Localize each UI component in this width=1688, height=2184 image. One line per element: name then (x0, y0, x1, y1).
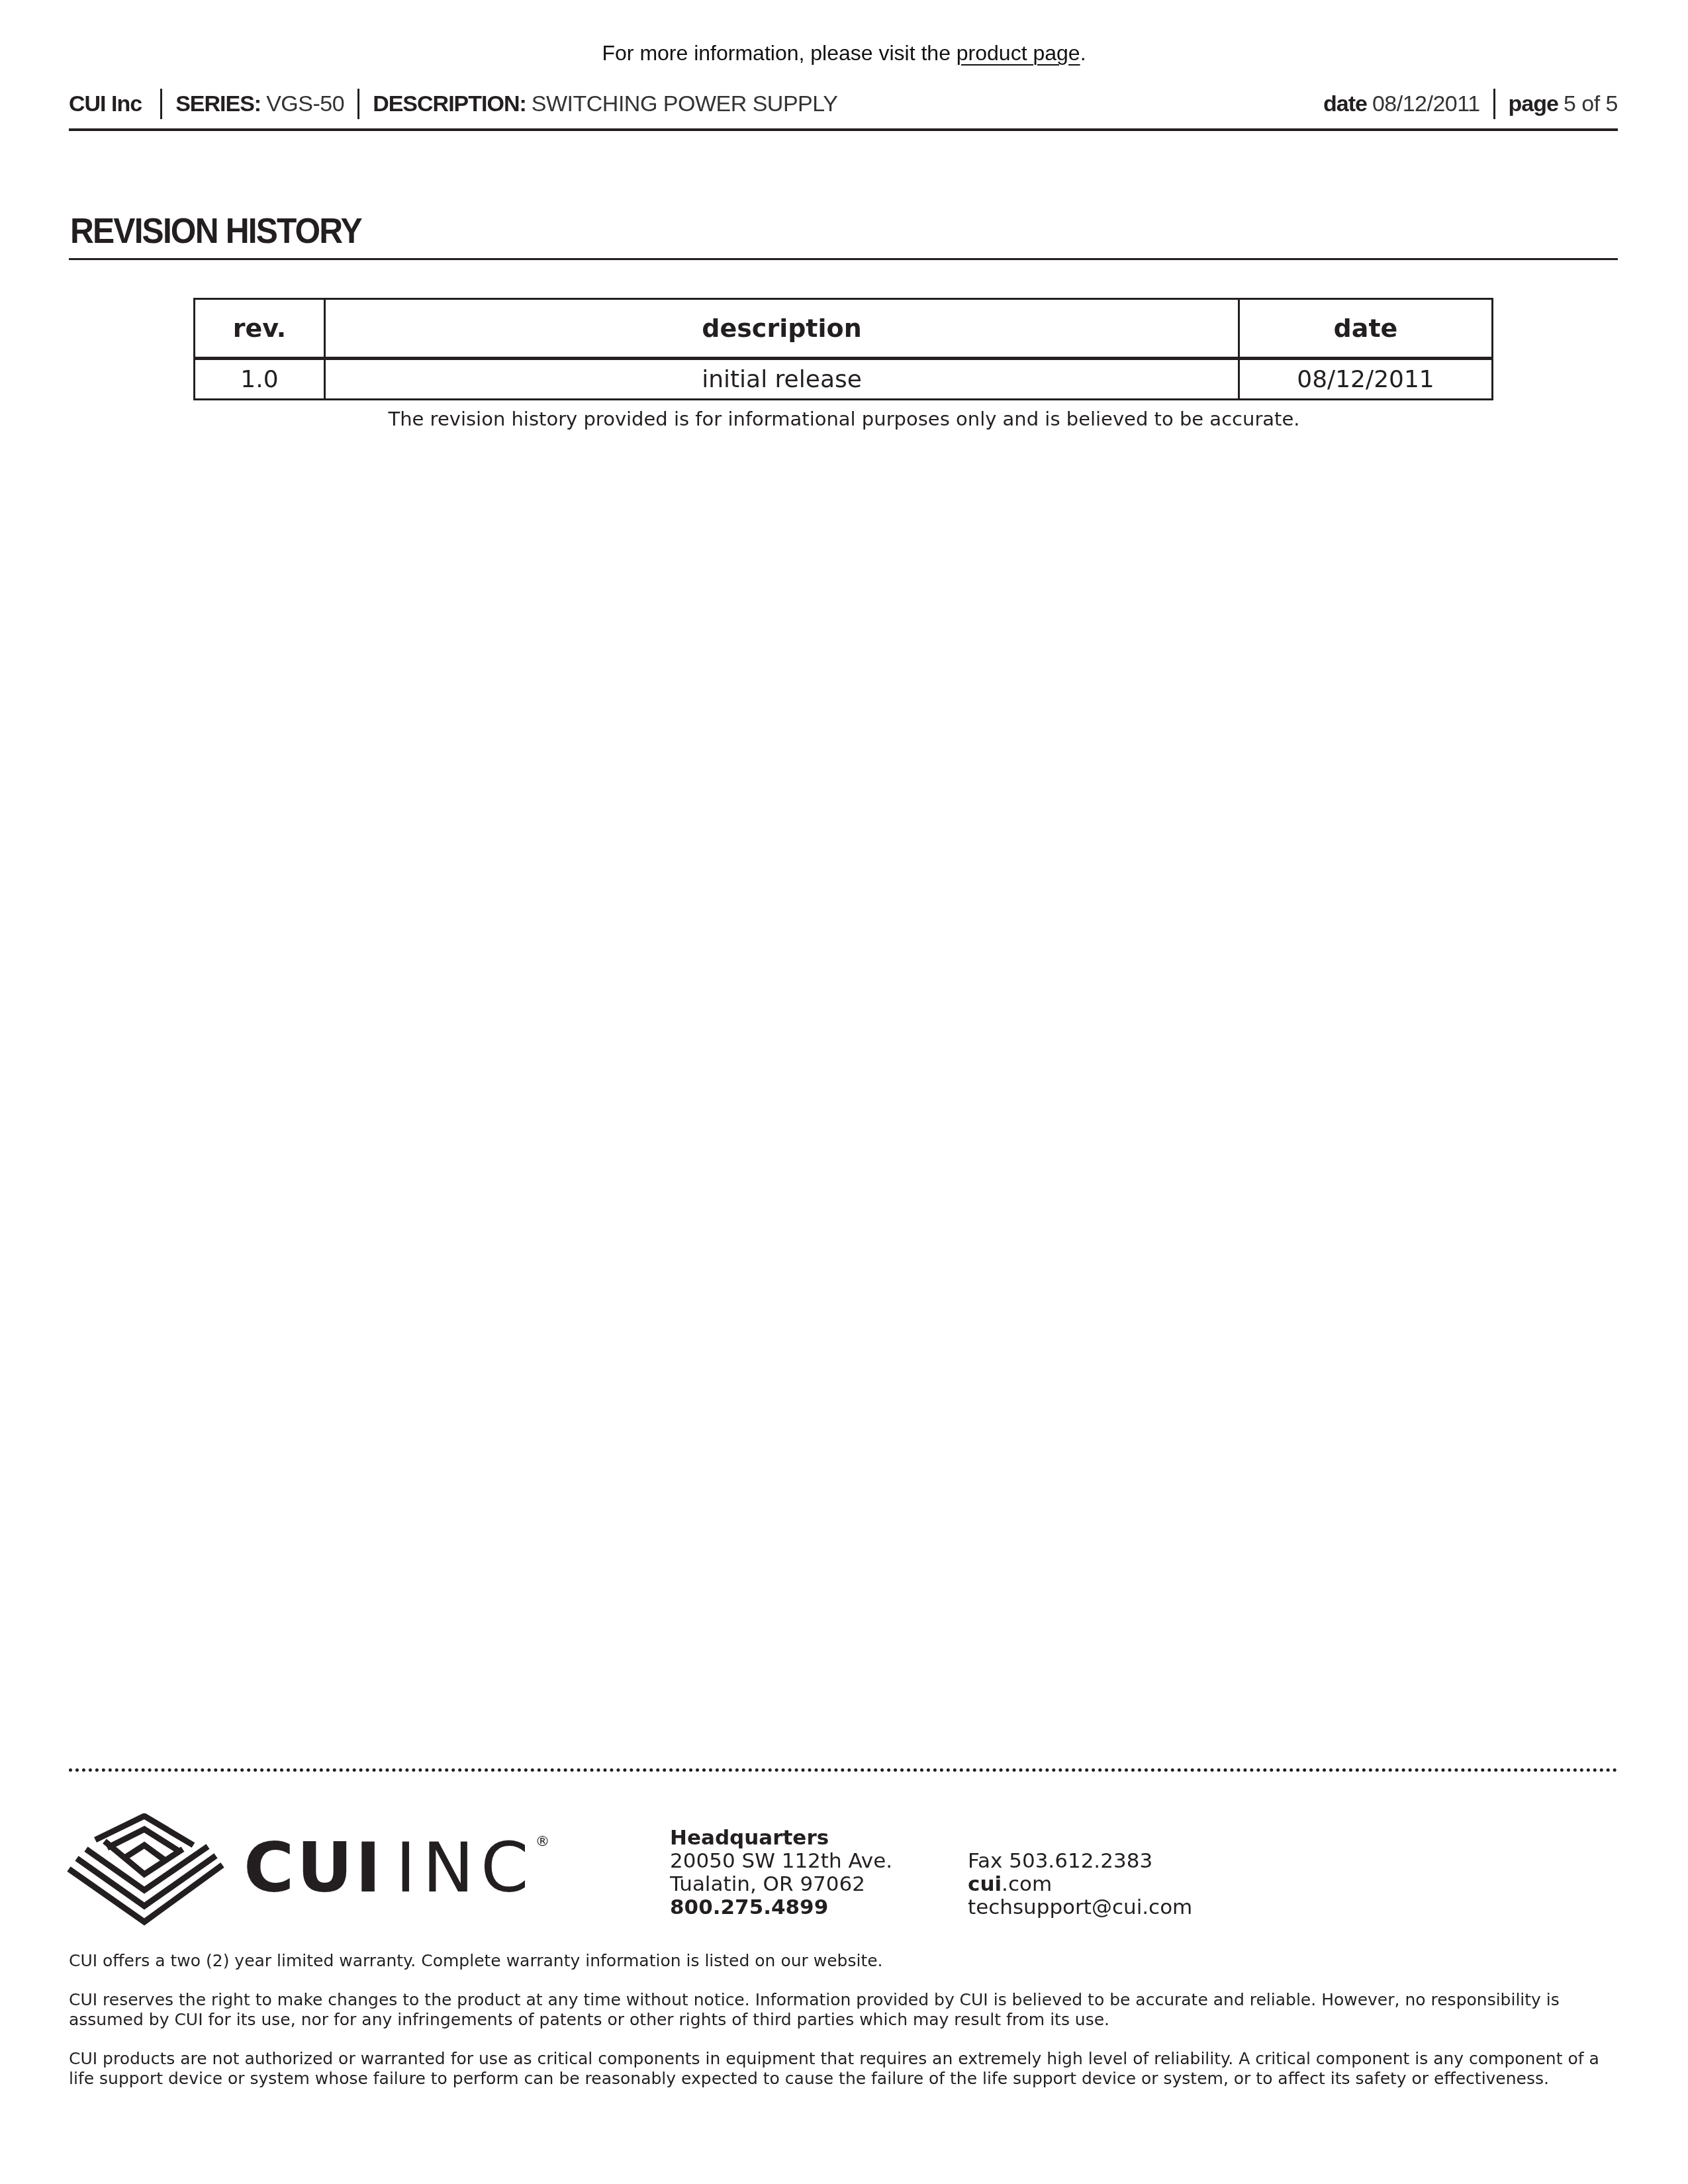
header-divider (357, 89, 359, 119)
cui-wordmark: CUIINC® (244, 1833, 553, 1902)
cell-rev: 1.0 (195, 359, 325, 400)
page-number: 5 of 5 (1564, 91, 1618, 117)
wordmark-inc: INC (395, 1827, 535, 1908)
critical-use-disclaimer: CUI products are not authorized or warra… (69, 2049, 1618, 2089)
column-header-description: description (325, 299, 1239, 359)
support-email-link[interactable]: techsupport@cui.com (968, 1896, 1192, 1919)
document-header: CUI Inc SERIES: VGS-50 DESCRIPTION: SWIT… (69, 87, 1618, 120)
product-page-link[interactable]: product page (957, 41, 1080, 65)
page-label: page (1509, 91, 1558, 117)
header-divider (1493, 89, 1495, 119)
liability-disclaimer: CUI reserves the right to make changes t… (69, 1990, 1618, 2030)
company-name: CUI Inc (69, 91, 142, 117)
revision-table: rev. description date 1.0 initial releas… (193, 298, 1493, 400)
phone-number: 800.275.4899 (670, 1895, 828, 1919)
website-rest: .com (1002, 1872, 1052, 1896)
product-info-note: For more information, please visit the p… (0, 41, 1688, 66)
date-label: date (1323, 91, 1367, 117)
revision-note: The revision history provided is for inf… (0, 408, 1688, 430)
product-info-prefix: For more information, please visit the (602, 41, 956, 65)
address-line2: Tualatin, OR 97062 (670, 1873, 892, 1896)
cui-diamond-logo-icon (66, 1813, 225, 1926)
website-bold: cui (968, 1872, 1002, 1896)
table-header-row: rev. description date (195, 299, 1493, 359)
fax-number: Fax 503.612.2383 (968, 1850, 1192, 1873)
cell-description: initial release (325, 359, 1239, 400)
column-header-date: date (1239, 299, 1493, 359)
cell-date: 08/12/2011 (1239, 359, 1493, 400)
product-info-suffix: . (1080, 41, 1086, 65)
section-title: REVISION HISTORY (70, 210, 361, 251)
contact-block: Fax 503.612.2383 cui.com techsupport@cui… (968, 1850, 1192, 1919)
description-value: SWITCHING POWER SUPPLY (532, 91, 838, 117)
wordmark-cui: CUI (244, 1827, 383, 1908)
series-value: VGS-50 (266, 91, 344, 117)
footer-divider (69, 1768, 1618, 1772)
header-rule (69, 128, 1618, 131)
headquarters-block: Headquarters 20050 SW 112th Ave. Tualati… (670, 1827, 892, 1919)
description-label: DESCRIPTION: (373, 91, 526, 117)
registered-mark: ® (536, 1833, 553, 1850)
section-rule (69, 258, 1618, 260)
header-divider (160, 89, 162, 119)
column-header-rev: rev. (195, 299, 325, 359)
date-value: 08/12/2011 (1372, 91, 1480, 117)
headquarters-label: Headquarters (670, 1826, 829, 1850)
website-link[interactable]: cui.com (968, 1873, 1192, 1896)
table-row: 1.0 initial release 08/12/2011 (195, 359, 1493, 400)
series-label: SERIES: (175, 91, 261, 117)
cui-logo: CUIINC® (66, 1813, 569, 1926)
address-line1: 20050 SW 112th Ave. (670, 1850, 892, 1873)
warranty-disclaimer: CUI offers a two (2) year limited warran… (69, 1951, 1618, 1971)
